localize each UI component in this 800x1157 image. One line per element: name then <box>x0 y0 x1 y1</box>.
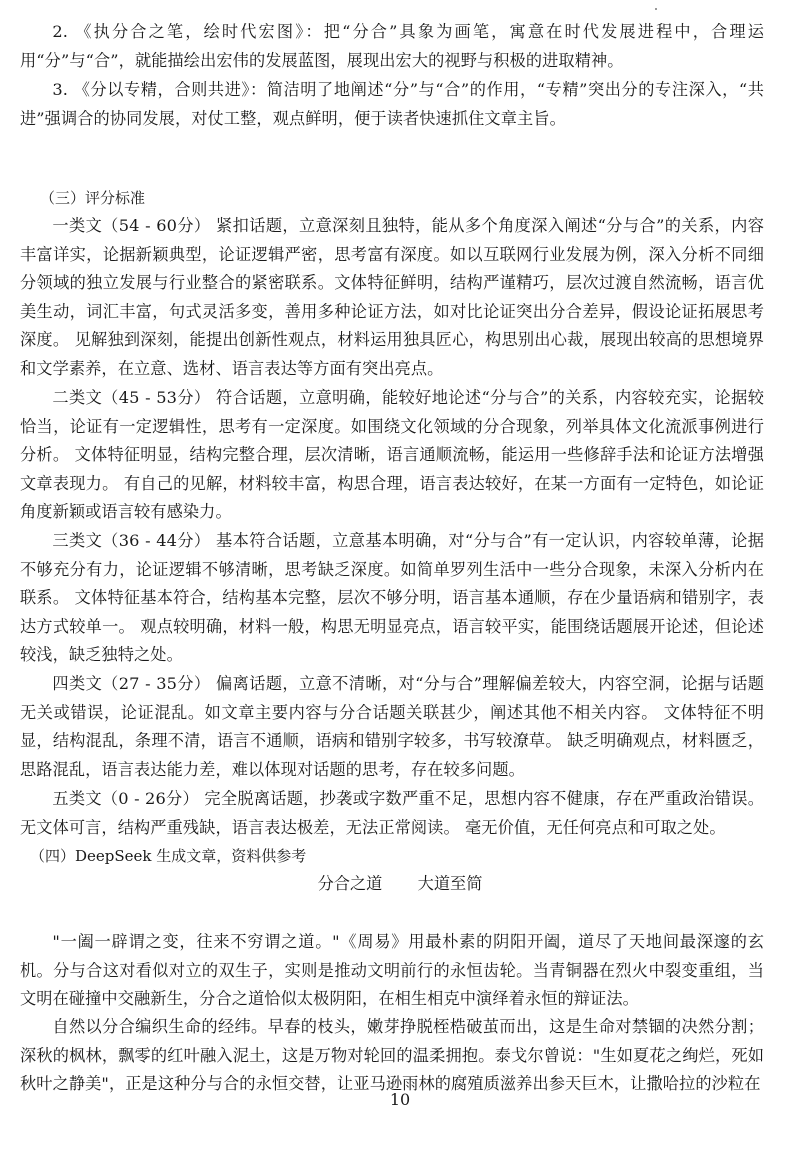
grade-level-5: 五类文（0 - 26分） 完全脱离话题，抄袭或字数严重不足，思想内容不健康，存在… <box>20 785 764 842</box>
title-option-2: 2. 《执分合之笔，绘时代宏图》：把“分合”具象为画笔，寓意在时代发展进程中，合… <box>20 18 764 75</box>
grade-level-2: 二类文（45 - 53分） 符合话题，立意明确，能较好地论述“分与合”的关系，内… <box>20 384 764 527</box>
essay-title: 分合之道 大道至简 <box>0 870 800 898</box>
section-heading-grading-criteria: （三）评分标准 <box>40 184 145 212</box>
scan-speck <box>655 8 657 10</box>
grade-level-4: 四类文（27 - 35分） 偏离话题，立意不清晰，对“分与合”理解偏差较大，内容… <box>20 670 764 784</box>
title-option-3: 3. 《分以专精，合则共进》：简洁明了地阐述“分”与“合”的作用，“专精”突出分… <box>20 76 764 133</box>
document-page: 2. 《执分合之笔，绘时代宏图》：把“分合”具象为画笔，寓意在时代发展进程中，合… <box>0 0 800 1157</box>
page-number: 10 <box>0 1090 800 1109</box>
grade-level-1: 一类文（54 - 60分） 紧扣话题，立意深刻且独特，能从多个角度深入阐述“分与… <box>20 212 764 384</box>
essay-paragraph: 自然以分合编织生命的经纬。早春的枝头，嫩芽挣脱桎梏破茧而出，这是生命对禁锢的决然… <box>20 1013 764 1099</box>
essay-paragraph: "一阖一辟谓之变，往来不穷谓之道。"《周易》用最朴素的阴阳开阖，道尽了天地间最深… <box>20 928 764 1014</box>
section-heading-reference-essay: （四）DeepSeek 生成文章，资料供参考 <box>30 842 306 870</box>
grade-level-3: 三类文（36 - 44分） 基本符合话题，立意基本明确，对“分与合”有一定认识，… <box>20 527 764 670</box>
